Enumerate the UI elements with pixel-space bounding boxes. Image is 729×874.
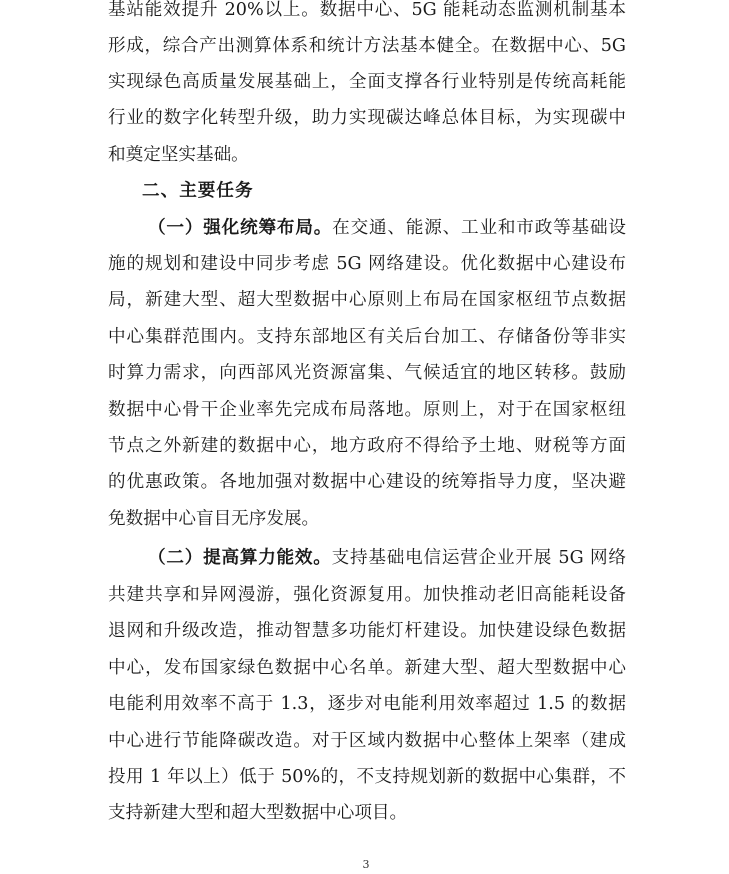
paragraph-line: 实现绿色高质量发展基础上，全面支撑各行业特别是传统高耗能	[108, 67, 626, 97]
paragraph-line: 电能利用效率不高于 1.3，逐步对电能利用效率超过 1.5 的数据	[108, 689, 626, 719]
paragraph-line: 时算力需求，向西部风光资源富集、气候适宜的地区转移。鼓励	[108, 358, 626, 388]
section-heading: 二、主要任务	[142, 176, 660, 206]
paragraph-line: 基站能效提升 20%以上。数据中心、5G 能耗动态监测机制基本	[108, 0, 626, 25]
document-page: 基站能效提升 20%以上。数据中心、5G 能耗动态监测机制基本 形成，综合产出测…	[0, 0, 729, 874]
task2-first-line-text: 支持基础电信运营企业开展 5G 网络	[332, 548, 626, 568]
paragraph-line: 中心，发布国家绿色数据中心名单。新建大型、超大型数据中心	[108, 653, 626, 683]
paragraph-line: 中心进行节能降碳改造。对于区域内数据中心整体上架率（建成	[108, 726, 626, 756]
paragraph-line: 共建共享和异网漫游，强化资源复用。加快推动老旧高能耗设备	[108, 580, 626, 610]
paragraph-line: 退网和升级改造，推动智慧多功能灯杆建设。加快建设绿色数据	[108, 616, 626, 646]
paragraph-line: 形成，综合产出测算体系和统计方法基本健全。在数据中心、5G	[108, 31, 626, 61]
paragraph-line: 中心集群范围内。支持东部地区有关后台加工、存储备份等非实	[108, 322, 626, 352]
task1-first-line-text: 在交通、能源、工业和市政等基础设	[332, 218, 626, 238]
task2-title: （二）提高算力能效。	[148, 548, 332, 568]
task1-first-line: （一）强化统筹布局。在交通、能源、工业和市政等基础设	[148, 213, 626, 243]
paragraph-line: 局，新建大型、超大型数据中心原则上布局在国家枢纽节点数据	[108, 285, 626, 315]
paragraph-line: 免数据中心盲目无序发展。	[108, 504, 626, 534]
task2-first-line: （二）提高算力能效。支持基础电信运营企业开展 5G 网络	[148, 543, 626, 573]
page-number: 3	[360, 858, 372, 872]
paragraph-line: 节点之外新建的数据中心，地方政府不得给予土地、财税等方面	[108, 431, 626, 461]
paragraph-line: 的优惠政策。各地加强对数据中心建设的统筹指导力度，坚决避	[108, 467, 626, 497]
paragraph-line: 数据中心骨干企业率先完成布局落地。原则上，对于在国家枢纽	[108, 395, 626, 425]
paragraph-line: 和奠定坚实基础。	[108, 140, 626, 170]
paragraph-line: 投用 1 年以上）低于 50%的，不支持规划新的数据中心集群，不	[108, 762, 626, 792]
paragraph-line: 行业的数字化转型升级，助力实现碳达峰总体目标，为实现碳中	[108, 103, 626, 133]
paragraph-line: 支持新建大型和超大型数据中心项目。	[108, 798, 626, 828]
task1-title: （一）强化统筹布局。	[148, 218, 332, 238]
paragraph-line: 施的规划和建设中同步考虑 5G 网络建设。优化数据中心建设布	[108, 249, 626, 279]
